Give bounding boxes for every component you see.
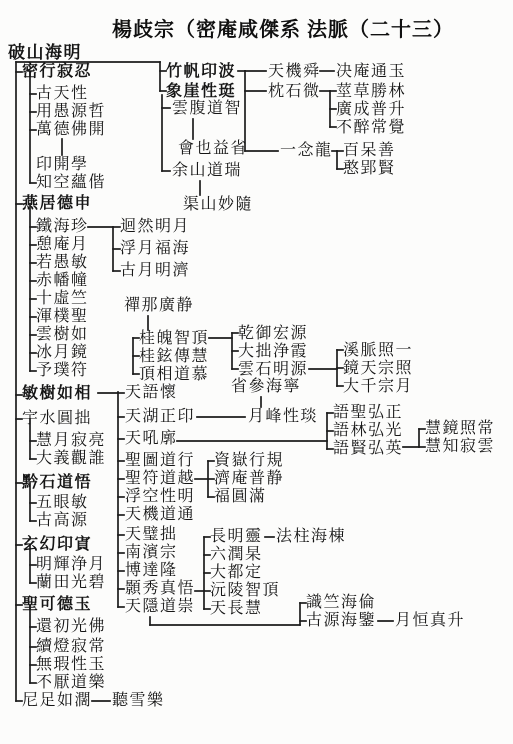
lineage-node: 浮月福海 (120, 240, 190, 258)
lineage-node: 五眼敏 (36, 494, 89, 512)
lineage-node: 雲樹如 (36, 326, 89, 344)
lineage-page: 楊歧宗（密庵咸傑系 法脈（二十三） 破山海明密行寂忍古天性用愚源哲萬德佛開印開學… (0, 0, 513, 744)
lineage-node: 渠山妙隨 (183, 196, 253, 214)
lineage-node: 桂魄智頂 (139, 330, 209, 348)
lineage-node: 鏡天宗照 (343, 360, 413, 378)
lineage-node: 廣成普升 (336, 101, 406, 119)
lineage-node: 宇水圓拙 (22, 410, 92, 428)
lineage-node: 法柱海棟 (276, 528, 346, 546)
lineage-node: 聖可德玉 (22, 596, 92, 614)
lineage-node: 鐵海珍 (36, 218, 89, 236)
lineage-node: 還初光佛 (36, 618, 106, 636)
lineage-node: 燕居德申 (22, 195, 92, 213)
lineage-node: 聖圖道行 (125, 452, 195, 470)
lineage-node: 濟庵普静 (214, 470, 284, 488)
lineage-node: 玄幻印寊 (22, 536, 92, 554)
lineage-node: 博達隆 (125, 562, 178, 580)
lineage-node: 聖符道越 (125, 470, 195, 488)
lineage-node: 古天性 (36, 85, 89, 103)
lineage-node: 莖草勝林 (336, 83, 406, 101)
lineage-node: 敏樹如相 (22, 385, 92, 403)
lineage-node: 天隱道崇 (125, 598, 195, 616)
lineage-node: 大千宗月 (343, 378, 413, 396)
lineage-node: 余山道瑞 (172, 162, 242, 180)
lineage-node: 予璞符 (36, 362, 89, 380)
lineage-node: 大義觀誰 (36, 450, 106, 468)
lineage-node: 用愚源哲 (36, 103, 106, 121)
lineage-node: 頂相道慕 (139, 366, 209, 384)
lineage-node: 沅陵智頂 (210, 582, 280, 600)
lineage-node: 顥秀真悟 (125, 580, 195, 598)
lineage-node: 天吼廓 (125, 430, 178, 448)
lineage-node: 冰月鏡 (36, 344, 89, 362)
lineage-node: 六潤杲 (210, 546, 263, 564)
lineage-node: 决庵通玉 (336, 63, 406, 81)
lineage-node: 資嶽行規 (214, 452, 284, 470)
lineage-node: 慧知寂雲 (425, 438, 495, 456)
lineage-node: 憩庵月 (36, 236, 89, 254)
lineage-node: 天機道通 (125, 506, 195, 524)
lineage-node: 雲石明源 (238, 361, 308, 379)
lineage-node: 識竺海倫 (306, 594, 376, 612)
lineage-node: 印開學 (36, 156, 89, 174)
chart-title: 楊歧宗（密庵咸傑系 法脈（二十三） (112, 13, 454, 42)
lineage-root-node: 破山海明 (8, 44, 82, 62)
lineage-node: 百呆善 (343, 142, 396, 160)
lineage-node: 象崖性珽 (166, 83, 236, 101)
lineage-node: 憨郢賢 (343, 160, 396, 178)
lineage-node: 蘭田光碧 (36, 574, 106, 592)
lineage-node: 乾御宏源 (238, 325, 308, 343)
lineage-node: 浮空性明 (125, 488, 195, 506)
lineage-node: 知空蘊偕 (36, 174, 106, 192)
lineage-node: 續燈寂常 (36, 638, 106, 656)
lineage-node: 福圓滿 (214, 488, 267, 506)
lineage-node: 聽雪樂 (112, 692, 165, 710)
lineage-node: 月峰性琰 (248, 408, 318, 426)
lineage-node: 尼足如濶 (22, 692, 92, 710)
lineage-node: 古月明濟 (120, 262, 190, 280)
lineage-node: 若愚敏 (36, 254, 89, 272)
lineage-node: 月恒真升 (395, 612, 465, 630)
lineage-node: 天機舜 (268, 63, 321, 81)
lineage-node: 十虛竺 (36, 290, 89, 308)
lineage-node: 古高源 (36, 512, 89, 530)
lineage-node: 省參海寧 (231, 378, 301, 396)
lineage-node: 無瑕性玉 (36, 656, 106, 674)
lineage-node: 語聖弘正 (333, 404, 403, 422)
lineage-node: 大都定 (210, 564, 263, 582)
lineage-node: 大拙浄霞 (238, 343, 308, 361)
lineage-node: 天長慧 (210, 600, 263, 618)
lineage-node: 桂鉉傳慧 (139, 348, 209, 366)
lineage-node: 語林弘光 (333, 422, 403, 440)
lineage-node: 明輝浄月 (36, 556, 106, 574)
lineage-node: 密行寂忍 (22, 63, 92, 81)
lineage-node: 枕石微 (268, 83, 321, 101)
lineage-node: 黔石道悟 (22, 474, 92, 492)
lineage-node: 禪那廣静 (124, 297, 194, 315)
lineage-node: 長明靈 (210, 528, 263, 546)
lineage-node: 雲腹道智 (172, 100, 242, 118)
lineage-node: 赤幡幢 (36, 272, 89, 290)
lineage-node: 慧鏡照常 (425, 420, 495, 438)
lineage-node: 萬德佛開 (36, 121, 106, 139)
lineage-node: 不醉常覺 (336, 119, 406, 137)
lineage-node: 渾樸聖 (36, 308, 89, 326)
lineage-node: 迴然明月 (120, 218, 190, 236)
lineage-node: 溪脈照一 (343, 342, 413, 360)
lineage-node: 竹帆印波 (166, 63, 236, 81)
lineage-node: 南濱宗 (125, 544, 178, 562)
lineage-node: 天璧拙 (125, 526, 178, 544)
lineage-node: 語賢弘英 (333, 440, 403, 458)
lineage-node: 天湖正印 (125, 408, 195, 426)
lineage-node: 一念龍 (280, 142, 333, 160)
lineage-node: 不厭道樂 (36, 674, 106, 692)
lineage-node: 天語懷 (125, 384, 178, 402)
lineage-node: 慧月寂亮 (36, 432, 106, 450)
lineage-node: 古源海鑒 (306, 612, 376, 630)
lineage-node: 會也益省 (178, 140, 248, 158)
